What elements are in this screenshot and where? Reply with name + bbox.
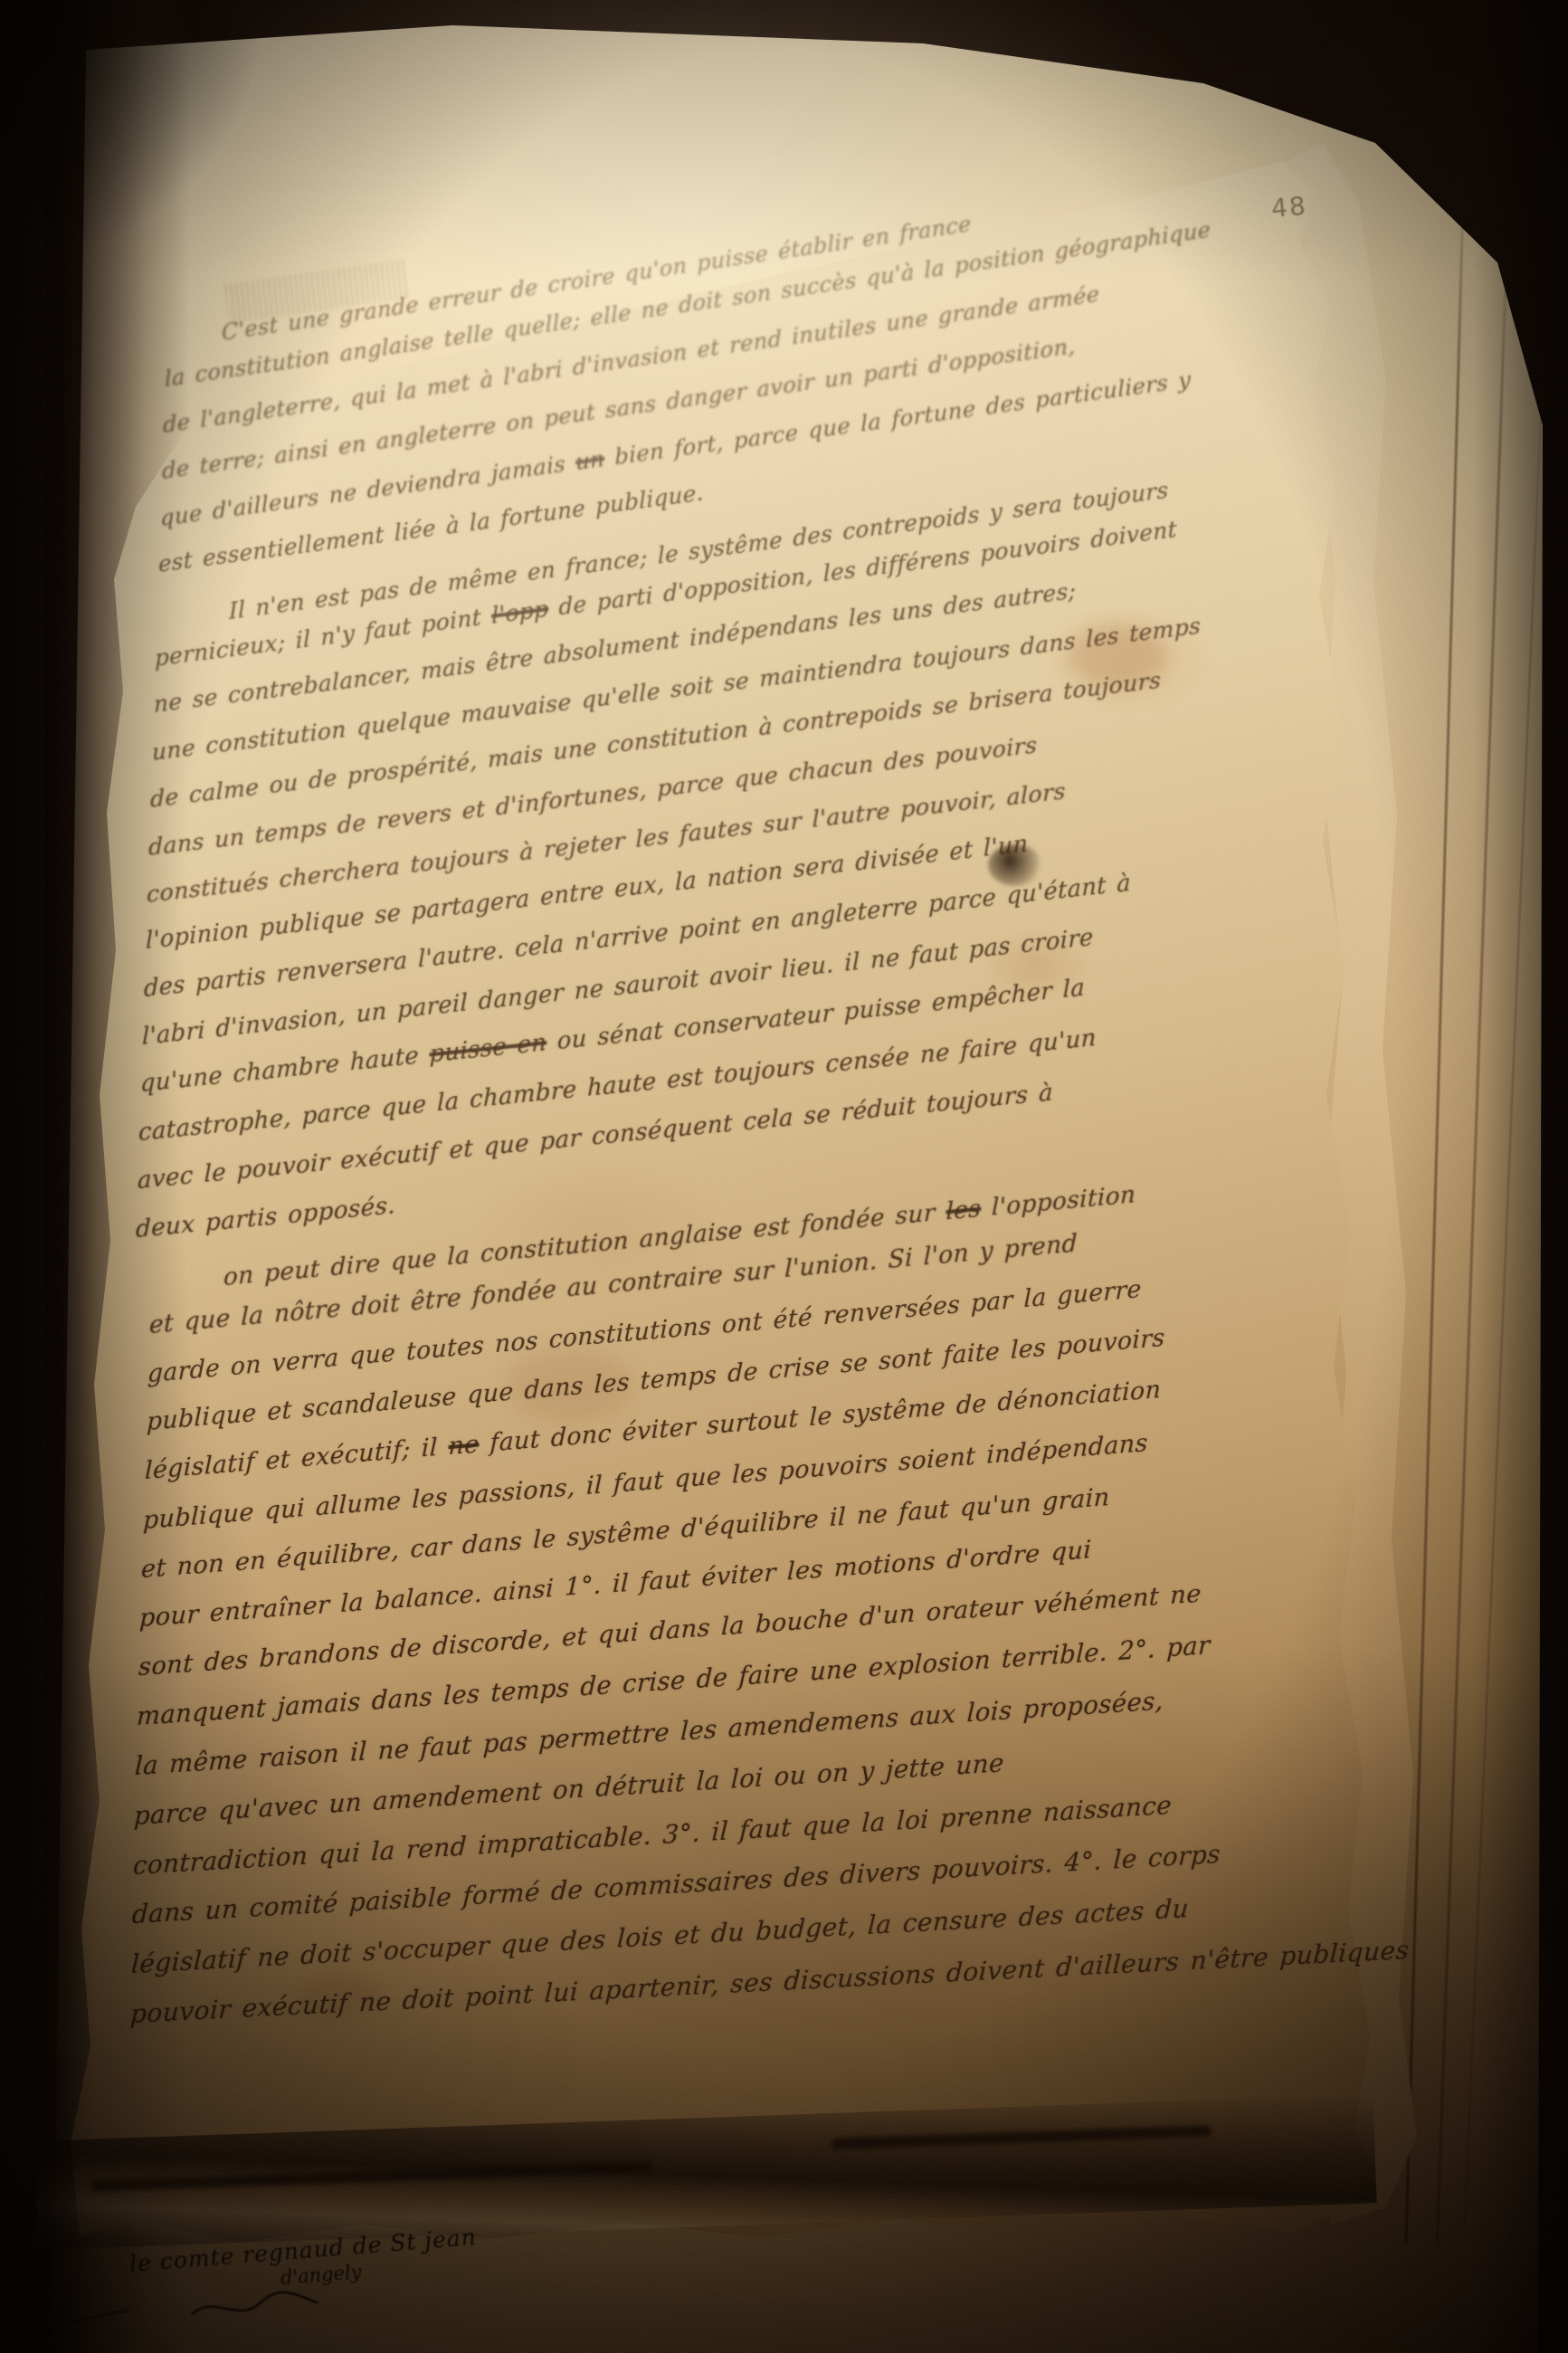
line-text: l'opposition xyxy=(981,1180,1136,1223)
manuscript-line: qu'une chambre haute puisse en ou sénat … xyxy=(140,946,1396,1098)
manuscript-line: une constitution quelque mauvaise qu'ell… xyxy=(152,591,1394,764)
manuscript-line: publique qui allume les passions, il fau… xyxy=(143,1412,1400,1534)
manuscript-line: constitués cherchera toujours à rejeter … xyxy=(147,742,1394,906)
foxing-stain xyxy=(299,1973,380,2018)
manuscript-line: pour entraîner la balance. ainsi 1°. il … xyxy=(139,1516,1400,1632)
line-text: législatif et exécutif; il xyxy=(144,1433,448,1485)
line-text: publique et scandaleuse que dans les tem… xyxy=(146,1324,1164,1436)
faint-pencil-scribble xyxy=(224,259,409,323)
manuscript-line: l'abri d'invasion, un pareil danger ne s… xyxy=(142,895,1395,1050)
line-text: dans un temps de revers et d'infortunes,… xyxy=(148,730,1038,861)
line-text: faut donc éviter surtout le systême de d… xyxy=(479,1376,1162,1459)
struck-word: un xyxy=(575,444,605,474)
stray-ink-mark xyxy=(64,2294,129,2325)
line-text: avec le pouvoir exécutif et que par cons… xyxy=(137,1080,1052,1196)
signature-line-2: d'angely xyxy=(280,2252,480,2289)
manuscript-line: catastrophe, parce que la chambre haute … xyxy=(138,996,1396,1145)
manuscript-line: manquent jamais dans les temps de crise … xyxy=(136,1621,1400,1729)
signature-flourish xyxy=(186,2286,324,2324)
line-text: est essentiellement liée à la fortune pu… xyxy=(158,480,705,578)
line-text: pour entraîner la balance. ainsi 1°. il … xyxy=(139,1536,1092,1633)
line-text: de l'angleterre, qui la met à l'abri d'i… xyxy=(163,281,1100,438)
manuscript-line: de terre; ainsi en angleterre on peut sa… xyxy=(161,291,1391,482)
manuscript-line: que d'ailleurs ne deviendra jamais un bi… xyxy=(159,341,1392,529)
line-text: parce qu'avec un amendement on détruit l… xyxy=(133,1748,1004,1831)
struck-word: puisse en xyxy=(430,1030,547,1069)
manuscript-sheet xyxy=(0,0,1568,2353)
page-crease-line xyxy=(1404,136,1466,2243)
line-text: l'opinion publique se partagera entre eu… xyxy=(146,831,1028,956)
struck-word: l'opp xyxy=(491,595,549,628)
manuscript-line: dans un temps de revers et d'infortunes,… xyxy=(148,691,1394,859)
line-text: dans un comité paisible formé de commiss… xyxy=(131,1839,1221,1929)
line-text: une constitution quelque mauvaise qu'ell… xyxy=(152,613,1202,767)
line-text: des partis renversera l'autre. cela n'ar… xyxy=(144,870,1131,1003)
manuscript-line: publique et scandaleuse que dans les tem… xyxy=(146,1308,1398,1436)
line-text: Il n'en est pas de même en france; le sy… xyxy=(229,476,1169,624)
paper-fold-shadow xyxy=(34,2094,1376,2250)
ink-smear xyxy=(832,2125,1212,2149)
line-text: constitués cherchera toujours à rejeter … xyxy=(147,776,1066,908)
page-crease-line xyxy=(1464,236,1549,2225)
line-text: et que la nôtre doit être fondée au cont… xyxy=(149,1230,1078,1340)
line-text: qu'une chambre haute xyxy=(140,1042,430,1099)
foxing-stain xyxy=(507,1348,633,1421)
manuscript-line: parce qu'avec un amendement on détruit l… xyxy=(133,1726,1401,1828)
struck-word: les xyxy=(946,1195,981,1226)
line-text: sont des brandons de discorde, et qui da… xyxy=(138,1580,1202,1681)
book-page xyxy=(0,0,1568,2353)
line-text: contradiction qui la rend impraticable. … xyxy=(132,1789,1173,1880)
manuscript-line: deux partis opposés. xyxy=(136,1100,1397,1242)
manuscript-line: pernicieux; il n'y faut point l'opp de p… xyxy=(155,491,1392,670)
warm-light-overlay xyxy=(0,0,1568,2353)
line-text: pernicieux; il n'y faut point xyxy=(155,602,492,671)
page-number: 48 xyxy=(1270,190,1308,223)
line-text: publique qui allume les passions, il fau… xyxy=(143,1429,1149,1535)
signature-line-1: le comte regnaud de St jean xyxy=(128,2224,478,2277)
manuscript-line: on peut dire que la constitution anglais… xyxy=(223,1159,1398,1291)
ink-smear xyxy=(90,2161,651,2192)
manuscript-line: est essentiellement liée à la fortune pu… xyxy=(158,391,1392,576)
manuscript-line: législatif ne doit s'occuper que des loi… xyxy=(130,1885,1401,1977)
manuscript-line: garde on verra que toutes nos constituti… xyxy=(147,1255,1398,1386)
line-text: ou sénat conservateur puisse empêcher la xyxy=(546,975,1085,1057)
line-text: manquent jamais dans les temps de crise … xyxy=(136,1631,1211,1731)
line-text: la constitution anglaise telle quelle; e… xyxy=(165,216,1212,392)
manuscript-line: dans un comité paisible formé de commiss… xyxy=(131,1832,1401,1928)
under-sheet-edge xyxy=(0,0,1568,2353)
manuscript-line: législatif et exécutif; il ne faut donc … xyxy=(144,1359,1398,1484)
line-text: ne se contrebalancer, mais être absolume… xyxy=(153,577,1076,718)
manuscript-line: et non en équilibre, car dans le systême… xyxy=(141,1463,1400,1582)
manuscript-line: la même raison il ne faut pas permettre … xyxy=(134,1673,1400,1779)
struck-word: ne xyxy=(448,1430,480,1461)
line-text: on peut dire que la constitution anglais… xyxy=(223,1197,946,1291)
manuscript-line: ne se contrebalancer, mais être absolume… xyxy=(153,541,1392,718)
line-text: C'est une grande erreur de croire qu'on … xyxy=(221,211,972,346)
line-text: la même raison il ne faut pas permettre … xyxy=(134,1686,1164,1782)
line-text: et non en équilibre, car dans le systême… xyxy=(141,1483,1110,1584)
signature-block: le comte regnaud de St jean d'angely xyxy=(128,2224,481,2331)
manuscript-line: contradiction qui la rend impraticable. … xyxy=(132,1779,1401,1879)
line-text: l'abri d'invasion, un pareil danger ne s… xyxy=(142,923,1094,1050)
manuscript-line: de calme ou de prospérité, mais une cons… xyxy=(150,642,1394,812)
ink-stain xyxy=(988,844,1042,886)
line-text: garde on verra que toutes nos constituti… xyxy=(147,1275,1142,1388)
manuscript-line: sont des brandons de discorde, et qui da… xyxy=(138,1568,1400,1681)
line-text: de terre; ainsi en angleterre on peut sa… xyxy=(161,332,1075,484)
vignette-overlay xyxy=(0,0,1568,2353)
line-text: de parti d'opposition, les différens pou… xyxy=(548,515,1177,621)
line-text: catastrophe, parce que la chambre haute … xyxy=(138,1024,1097,1147)
manuscript-line: avec le pouvoir exécutif et que par cons… xyxy=(137,1048,1396,1194)
photo-frame: 48 C'est une grande erreur de croire qu'… xyxy=(0,0,1568,2353)
manuscript-line: l'opinion publique se partagera entre eu… xyxy=(146,793,1395,954)
line-text: pouvoir exécutif ne doit point lui apart… xyxy=(129,1935,1410,2029)
page-crease-line xyxy=(1436,164,1511,2244)
manuscript-line: pouvoir exécutif ne doit point lui apart… xyxy=(129,1939,1402,2028)
manuscript-line: des partis renversera l'autre. cela n'ar… xyxy=(144,843,1395,1001)
manuscript-line: C'est une grande erreur de croire qu'on … xyxy=(222,152,1391,344)
line-text: bien fort, parce que la fortune des part… xyxy=(604,366,1192,472)
line-text: de calme ou de prospérité, mais une cons… xyxy=(150,667,1162,813)
line-text: législatif ne doit s'occuper que des loi… xyxy=(130,1893,1190,1979)
line-text: que d'ailleurs ne deviendra jamais xyxy=(159,449,575,531)
photo-grain-overlay xyxy=(0,0,1568,2353)
manuscript-line: la constitution anglaise telle quelle; e… xyxy=(165,193,1391,390)
manuscript-line: et que la nôtre doit être fondée au cont… xyxy=(149,1204,1398,1338)
manuscript-line: Il n'en est pas de même en france; le sy… xyxy=(229,450,1393,623)
manuscript-line: de l'angleterre, qui la met à l'abri d'i… xyxy=(163,243,1391,437)
foxing-stain xyxy=(1068,624,1167,688)
manuscript-text: C'est une grande erreur de croire qu'on … xyxy=(136,322,1402,2053)
line-text: deux partis opposés. xyxy=(136,1192,395,1243)
book-gutter-shadow xyxy=(45,0,190,2353)
